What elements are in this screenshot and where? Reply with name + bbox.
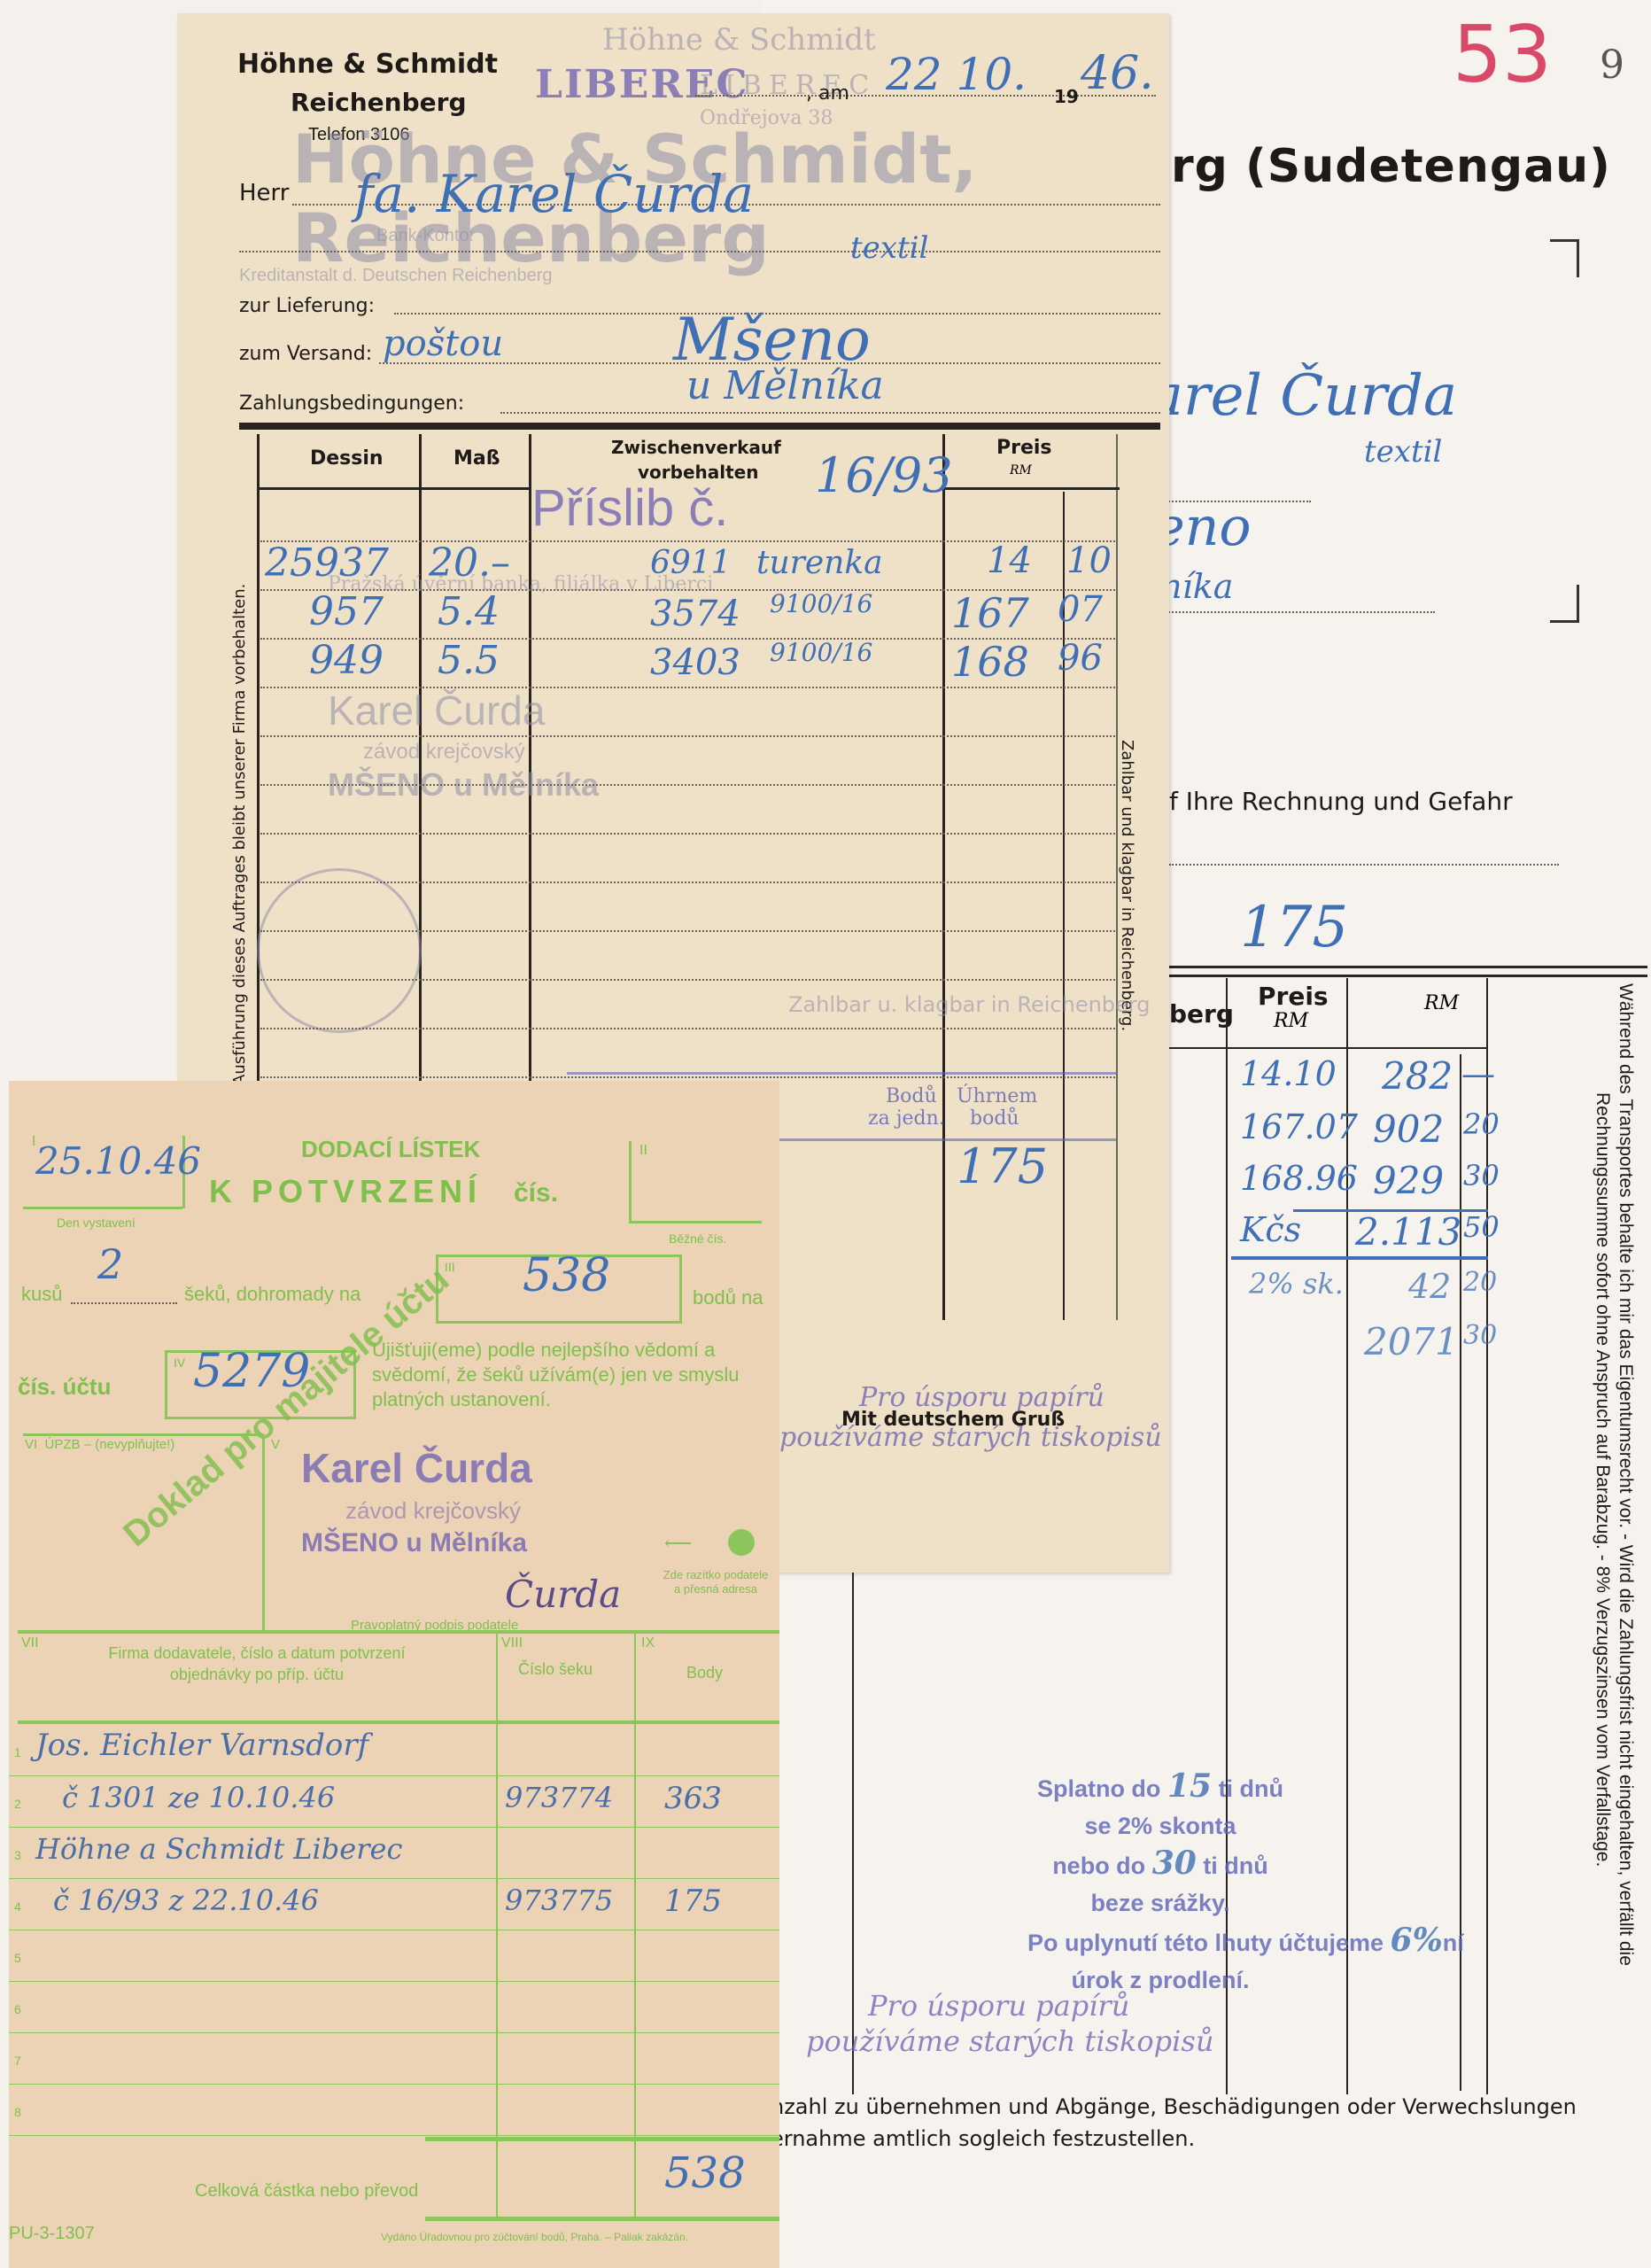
- col-firma-header: Firma dodavatele, číslo a datum potvrzen…: [80, 1643, 434, 1685]
- versand-value: poštou: [383, 323, 503, 364]
- preis-header: Preis: [1258, 982, 1329, 1011]
- herr-value: fa. Karel Čurda: [354, 164, 754, 224]
- date-label: , am: [806, 82, 849, 105]
- table-row: 7: [9, 2032, 779, 2085]
- window-corner-mark: [1550, 585, 1579, 623]
- points-total: 538: [523, 1249, 610, 1302]
- side-left-text: Ausführung dieses Auftrages bleibt unser…: [230, 536, 249, 1085]
- side-terms-text: Während des Transportes behalte ich mir …: [1591, 983, 1637, 1976]
- arrow-icon: ⟵: [664, 1533, 693, 1555]
- table-row: 949 5.5 3403 9100/16 168 96: [260, 638, 1115, 687]
- table-row: 8: [9, 2084, 779, 2136]
- table-row: 5: [9, 1930, 779, 1982]
- dessin-header: Dessin: [310, 447, 384, 470]
- printed-page-number: 9: [1600, 43, 1624, 88]
- notice-line: f Ihre Rechnung und Gefahr: [1169, 787, 1513, 816]
- slip-title: DODACÍ LÍSTEK: [301, 1136, 480, 1163]
- delivery-slip: I 25.10.46 Den vystavení DODACÍ LÍSTEK K…: [9, 1081, 779, 2268]
- herr-label: Herr: [239, 180, 289, 206]
- slip-subtitle: K POTVRZENÍ: [209, 1173, 482, 1210]
- form-code: PU-3-1307: [9, 2224, 95, 2244]
- company-city: Reichenberg: [291, 88, 467, 117]
- table-row: 2 č 1301 ze 10.10.46 973774 363: [9, 1775, 779, 1828]
- paper-saving-stamp-line2: používáme starých tiskopisů: [806, 2024, 1213, 2058]
- total-label: Celková částka nebo převod: [195, 2181, 418, 2202]
- mass-header: Maß: [453, 447, 500, 470]
- red-page-number: 53: [1453, 9, 1552, 100]
- handwritten-175: 175: [957, 1138, 1048, 1194]
- lieferung-label: zur Lieferung:: [239, 295, 375, 317]
- piece-count: 2: [97, 1240, 123, 1288]
- declaration-text: Ujišťuji(eme) podle nejlepšího vědomí a …: [372, 1338, 788, 1412]
- col-body-header: Body: [686, 1664, 723, 1682]
- table-row: 1 Jos. Eichler Varnsdorf: [9, 1724, 779, 1776]
- table-row: 6: [9, 1981, 779, 2033]
- versand-label: zum Versand:: [239, 343, 372, 365]
- address-trade: textil: [1364, 434, 1442, 470]
- handwritten-ref: 175: [1240, 895, 1348, 960]
- col-cislo-header: Číslo šeku: [518, 1660, 593, 1679]
- side-right-text: Zahlbar und klagbar in Reichenberg.: [1118, 740, 1136, 1076]
- preis-header: Preis: [996, 437, 1052, 459]
- table-row: 4 č 16/93 z 22.10.46 973775 175: [9, 1878, 779, 1930]
- company-stamp-name: Karel Čurda: [301, 1444, 532, 1492]
- total-value: 538: [664, 2148, 746, 2198]
- company-header-suffix: rg (Sudetengau): [1171, 140, 1611, 193]
- order-ref: 16/93: [815, 447, 953, 503]
- green-dot-marker: [728, 1529, 755, 1556]
- payment-terms-stamp: Splatno do 15 ti dnů se 2% skonta nebo d…: [1027, 1767, 1293, 1999]
- date-value: 22 10.: [886, 49, 1027, 100]
- herr-extra: textil: [850, 230, 928, 266]
- postmark: [257, 868, 422, 1033]
- prislib-stamp: Příslib č.: [531, 478, 728, 538]
- paper-saving-stamp-line1: Pro úsporu papírů: [868, 1989, 1129, 2023]
- district-value: u Mělníka: [686, 363, 884, 408]
- signature: Čurda: [505, 1573, 621, 1616]
- issue-date: 25.10.46: [35, 1139, 201, 1183]
- zwischenverkauf-header: Zwischenverkauf: [611, 437, 781, 458]
- transport-footer-text: nzahl zu übernehmen und Abgänge, Beschäd…: [771, 2091, 1577, 2155]
- publisher-note: Vydáno Úřadovnou pro zúčtování bodů, Pra…: [381, 2231, 688, 2243]
- table-row: 957 5.4 3574 9100/16 167 07: [260, 589, 1115, 638]
- year-value: 46.: [1081, 47, 1154, 100]
- company-name: Höhne & Schmidt: [237, 49, 498, 80]
- window-corner-mark: [1550, 239, 1579, 277]
- zahlung-label: Zahlungsbedingungen:: [239, 392, 464, 415]
- table-row: 3 Höhne a Schmidt Liberec: [9, 1827, 779, 1879]
